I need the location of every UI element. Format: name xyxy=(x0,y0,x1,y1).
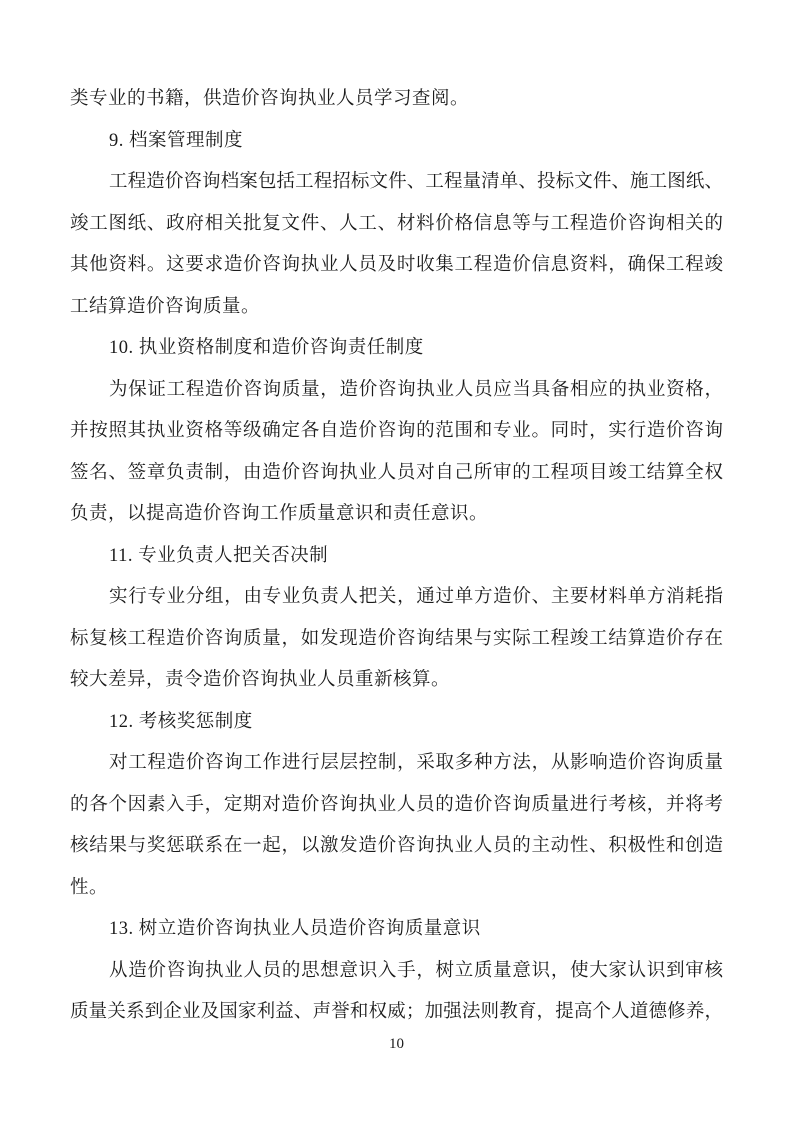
paragraph-text-line: 标复核工程造价咨询质量，如发现造价咨询结果与实际工程竣工结算造价存在 xyxy=(70,619,723,661)
paragraph-text-line: 从造价咨询执业人员的思想意识入手，树立质量意识，使大家认识到审核 xyxy=(70,951,723,993)
page-number: 10 xyxy=(0,1031,793,1058)
paragraph-text-line: 性。 xyxy=(70,868,723,910)
section-heading-line: 12. 考核奖惩制度 xyxy=(70,702,723,744)
paragraph-text-line: 类专业的书籍，供造价咨询执业人员学习查阅。 xyxy=(70,79,723,121)
paragraph-text-line: 实行专业分组，由专业负责人把关，通过单方造价、主要材料单方消耗指 xyxy=(70,577,723,619)
paragraph-text-line: 对工程造价咨询工作进行层层控制，采取多种方法，从影响造价咨询质量 xyxy=(70,743,723,785)
paragraph-text-line: 为保证工程造价咨询质量，造价咨询执业人员应当具备相应的执业资格， xyxy=(70,370,723,412)
paragraph-text-line: 较大差异，责令造价咨询执业人员重新核算。 xyxy=(70,660,723,702)
document-body-text: 类专业的书籍，供造价咨询执业人员学习查阅。9. 档案管理制度工程造价咨询档案包括… xyxy=(70,79,723,1034)
paragraph-text-line: 核结果与奖惩联系在一起，以激发造价咨询执业人员的主动性、积极性和创造 xyxy=(70,826,723,868)
paragraph-text-line: 竣工图纸、政府相关批复文件、人工、材料价格信息等与工程造价咨询相关的 xyxy=(70,204,723,246)
paragraph-text-line: 其他资料。这要求造价咨询执业人员及时收集工程造价信息资料，确保工程竣 xyxy=(70,245,723,287)
paragraph-text-line: 的各个因素入手，定期对造价咨询执业人员的造价咨询质量进行考核，并将考 xyxy=(70,785,723,827)
paragraph-text-line: 工结算造价咨询质量。 xyxy=(70,287,723,329)
paragraph-text-line: 质量关系到企业及国家利益、声誉和权威；加强法则教育，提高个人道德修养， xyxy=(70,992,723,1034)
paragraph-text-line: 工程造价咨询档案包括工程招标文件、工程量清单、投标文件、施工图纸、 xyxy=(70,162,723,204)
paragraph-text-line: 并按照其执业资格等级确定各自造价咨询的范围和专业。同时，实行造价咨询 xyxy=(70,411,723,453)
document-page: 类专业的书籍，供造价咨询执业人员学习查阅。9. 档案管理制度工程造价咨询档案包括… xyxy=(0,0,793,1122)
section-heading-line: 9. 档案管理制度 xyxy=(70,121,723,163)
section-heading-line: 13. 树立造价咨询执业人员造价咨询质量意识 xyxy=(70,909,723,951)
paragraph-text-line: 负责，以提高造价咨询工作质量意识和责任意识。 xyxy=(70,494,723,536)
paragraph-text-line: 签名、签章负责制，由造价咨询执业人员对自己所审的工程项目竣工结算全权 xyxy=(70,453,723,495)
section-heading-line: 10. 执业资格制度和造价咨询责任制度 xyxy=(70,328,723,370)
section-heading-line: 11. 专业负责人把关否决制 xyxy=(70,536,723,578)
